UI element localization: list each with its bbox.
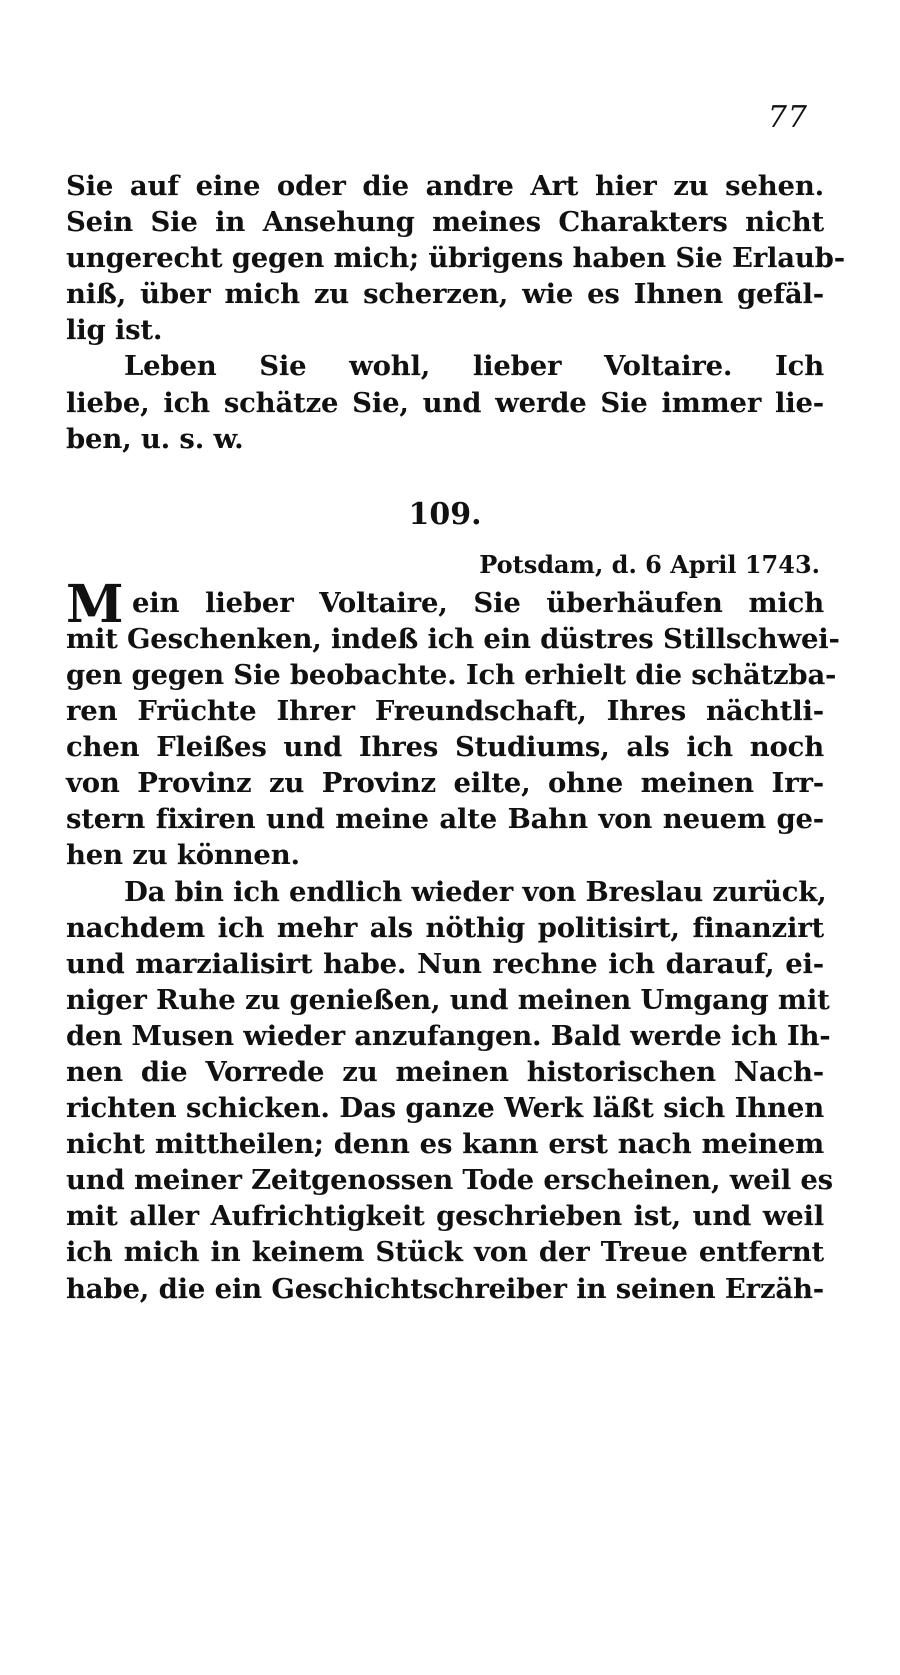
text-line: niger Ruhe zu genießen, und meinen Umgan…: [66, 982, 824, 1018]
text-line: gen gegen Sie beobachte. Ich erhielt die…: [66, 657, 824, 693]
text-line: nicht mittheilen; denn es kann erst nach…: [66, 1126, 824, 1162]
letter-opening: M ein lieber Voltaire, Sie überhäufen mi…: [66, 585, 824, 621]
book-page: 77 Sie auf eine oder die andre Art hier …: [0, 0, 900, 1675]
text-line: habe, die ein Geschichtschreiber in sein…: [66, 1271, 824, 1307]
text-line: chen Fleißes und Ihres Studiums, als ich…: [66, 729, 824, 765]
text-line: niß, über mich zu scherzen, wie es Ihnen…: [66, 276, 824, 312]
text-line: Sie auf eine oder die andre Art hier zu …: [66, 168, 824, 204]
text-line: ein lieber Voltaire, Sie überhäufen mich: [66, 585, 824, 621]
text-line: nachdem ich mehr als nöthig politisirt, …: [66, 910, 824, 946]
text-line: ich mich in keinem Stück von der Treue e…: [66, 1234, 824, 1270]
text-line: richten schicken. Das ganze Werk läßt si…: [66, 1090, 824, 1126]
text-line: und marzialisirt habe. Nun rechne ich da…: [66, 946, 824, 982]
text-line: lig ist.: [66, 312, 824, 348]
text-line: ren Früchte Ihrer Freundschaft, Ihres nä…: [66, 693, 824, 729]
text-line: mit aller Aufrichtigkeit geschrieben ist…: [66, 1198, 824, 1234]
drop-cap: M: [66, 579, 124, 631]
text-line: liebe, ich schätze Sie, und werde Sie im…: [66, 385, 824, 421]
text-line: ben, u. s. w.: [66, 421, 824, 457]
text-line: ungerecht gegen mich; übrigens haben Sie…: [66, 240, 824, 276]
text-line: Da bin ich endlich wieder von Breslau zu…: [66, 874, 824, 910]
text-block: Sie auf eine oder die andre Art hier zu …: [66, 168, 824, 1307]
text-line: den Musen wieder anzufangen. Bald werde …: [66, 1018, 824, 1054]
text-line: hen zu können.: [66, 837, 824, 873]
text-line: und meiner Zeitgenossen Tode erscheinen,…: [66, 1162, 824, 1198]
text-line: nen die Vorrede zu meinen historischen N…: [66, 1054, 824, 1090]
text-line: stern fixiren und meine alte Bahn von ne…: [66, 801, 824, 837]
letter-dateline: Potsdam, d. 6 April 1743.: [66, 545, 824, 585]
text-line: Sein Sie in Ansehung meines Charakters n…: [66, 204, 824, 240]
text-line: von Provinz zu Provinz eilte, ohne meine…: [66, 765, 824, 801]
text-line: Leben Sie wohl, lieber Voltaire. Ich: [66, 348, 824, 384]
letter-number-heading: 109.: [66, 485, 824, 545]
text-line: mit Geschenken, indeß ich ein düstres St…: [66, 621, 824, 657]
page-number: 77: [768, 100, 808, 135]
